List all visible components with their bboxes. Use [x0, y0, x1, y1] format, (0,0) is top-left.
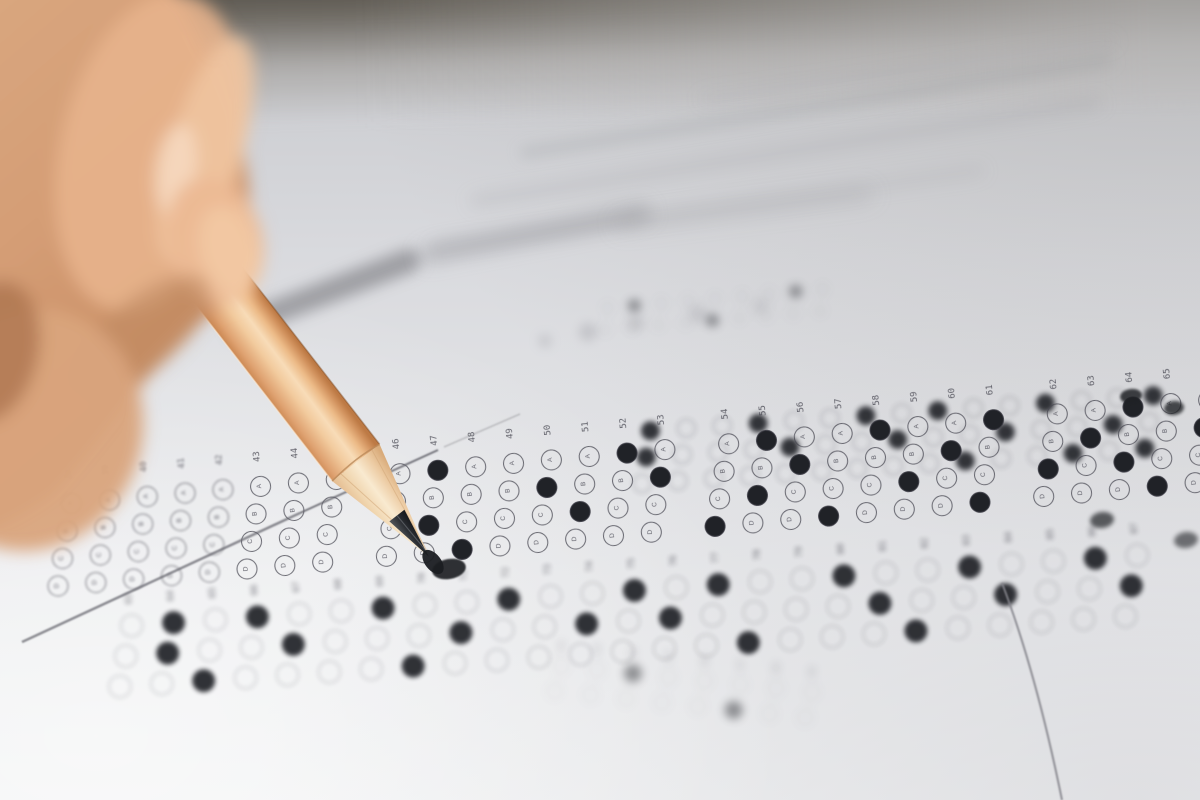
answer-bubble	[1071, 391, 1091, 411]
option-letter: D	[281, 563, 288, 568]
option-letter: A	[1054, 411, 1061, 416]
option-letter: C	[981, 472, 988, 477]
answer-bubble: A	[717, 432, 740, 455]
answer-bubble	[826, 594, 851, 619]
option-letter: B	[1125, 432, 1132, 437]
question-number: 82	[920, 537, 930, 548]
answer-bubble	[654, 296, 669, 311]
question-number: 68	[334, 578, 344, 589]
answer-bubble: A	[212, 478, 235, 501]
answer-bubble: A	[578, 445, 601, 468]
answer-bubble: A	[906, 415, 929, 438]
question-column: 86	[1082, 526, 1105, 528]
option-letter: D	[55, 583, 62, 588]
blurred-bubble-smudge	[579, 323, 597, 341]
option-letter: C	[135, 549, 142, 554]
filled-bubble	[1135, 438, 1155, 458]
filled-bubble: D	[704, 515, 727, 538]
answer-bubble: D	[640, 521, 663, 544]
option-letter: A	[397, 471, 404, 476]
answer-bubble: B	[498, 480, 521, 503]
filled-bubble	[788, 284, 803, 299]
option-letter: B	[101, 525, 108, 530]
option-letter: C	[830, 486, 837, 491]
answer-bubble	[580, 581, 605, 606]
option-letter: D	[92, 580, 99, 585]
answer-bubble: B	[713, 460, 736, 483]
penciled-mark	[1119, 388, 1143, 405]
answer-bubble: D	[1032, 485, 1055, 508]
answer-bubble: D	[526, 531, 549, 554]
exam-answer-sheet-photo: 38ABCD39ABCD40ABCD41ABCD42ABCD43ABCD44AB…	[0, 0, 1200, 800]
filled-bubble	[622, 578, 647, 603]
question-column	[640, 417, 659, 418]
blurred-bubble-smudge	[752, 298, 768, 314]
penciled-mark	[431, 556, 468, 582]
question-column	[748, 409, 767, 410]
question-column: 84	[998, 532, 1021, 534]
option-letter: A	[839, 431, 846, 436]
question-column: 73	[537, 564, 560, 566]
filled-bubble	[957, 555, 982, 580]
question-column: 64ABCD	[1119, 372, 1140, 374]
filled-bubble	[1143, 386, 1163, 406]
question-number: 78	[753, 549, 763, 560]
answer-bubble: B	[93, 516, 116, 539]
filled-bubble	[1083, 546, 1108, 571]
option-letter: D	[534, 540, 541, 545]
sheet-margin-line	[22, 513, 300, 642]
filled-bubble	[955, 451, 975, 471]
option-letter: B	[721, 469, 728, 474]
filled-bubble: D	[451, 538, 474, 561]
question-column: 65ABCD	[1157, 368, 1178, 370]
question-column: 78	[746, 549, 769, 551]
question-column: 87	[1124, 523, 1147, 525]
option-letter: C	[324, 532, 331, 537]
question-column	[1035, 389, 1054, 390]
question-column	[1107, 384, 1126, 385]
question-column: 87	[734, 659, 752, 661]
answer-bubble	[946, 616, 971, 641]
answer-bubble: C	[1188, 444, 1200, 467]
filled-bubble: B	[940, 439, 963, 462]
question-number: 89	[808, 666, 818, 678]
option-letter: C	[868, 482, 875, 487]
answer-bubble	[551, 656, 571, 676]
answer-bubble: D	[742, 512, 765, 535]
answer-bubble: A	[60, 492, 83, 515]
answer-bubble	[847, 458, 867, 478]
question-column: 85	[1040, 529, 1063, 531]
blurred-bubble-smudge	[538, 334, 552, 348]
answer-bubble	[910, 588, 935, 613]
answer-bubble	[359, 657, 384, 682]
answer-bubble: C	[380, 517, 403, 540]
filled-bubble	[191, 668, 216, 693]
question-number: 58	[872, 394, 882, 406]
answer-bubble: C	[860, 474, 883, 497]
question-column: 64	[160, 590, 183, 592]
answer-bubble: D	[893, 498, 916, 521]
answer-bubble	[959, 424, 979, 444]
question-column: 88	[770, 663, 788, 665]
question-number: 50	[543, 424, 553, 436]
answer-bubble	[759, 308, 774, 323]
question-column: 80	[830, 544, 853, 546]
answer-bubble	[883, 456, 903, 476]
question-number: 59	[910, 391, 920, 403]
filled-bubble: A	[755, 429, 778, 452]
answer-bubble	[587, 660, 607, 680]
filled-bubble: D	[817, 505, 840, 528]
answer-bubble: D	[160, 564, 183, 587]
answer-bubble	[672, 445, 692, 465]
filled-bubble	[904, 619, 929, 644]
question-column: 77	[705, 552, 728, 554]
question-column: 49ABCD	[500, 428, 521, 430]
question-number: 74	[585, 561, 595, 572]
answer-bubble: C	[1150, 447, 1173, 470]
question-number: 77	[711, 552, 721, 563]
filled-bubble	[401, 654, 426, 679]
answer-bubble	[1029, 610, 1054, 635]
answer-bubble: D	[311, 551, 334, 574]
filled-bubble: C	[1037, 458, 1060, 481]
question-column: 84	[627, 648, 645, 650]
answer-bubble: D	[1070, 482, 1093, 505]
option-letter: A	[1092, 408, 1099, 413]
question-number: 69	[376, 575, 386, 586]
answer-bubble	[527, 645, 552, 670]
option-letter: D	[863, 510, 870, 515]
answer-bubble: B	[864, 446, 887, 469]
question-number: 86	[1088, 526, 1098, 537]
filled-bubble	[868, 591, 893, 616]
option-letter: C	[652, 502, 659, 507]
question-number: 70	[418, 572, 428, 583]
filled-bubble	[736, 630, 761, 655]
answer-bubble: B	[245, 503, 268, 526]
question-number: 57	[834, 398, 844, 410]
blurred-bubble-smudge	[689, 305, 707, 323]
question-column	[708, 289, 721, 290]
question-column	[891, 399, 910, 400]
answer-bubble	[668, 471, 688, 491]
answer-bubble	[150, 671, 175, 696]
answer-bubble: D	[236, 558, 259, 581]
option-letter: A	[333, 477, 340, 482]
question-number: 83	[594, 643, 604, 655]
question-number: 71	[460, 570, 470, 581]
question-column: 42ABCD	[209, 454, 230, 456]
answer-bubble	[744, 439, 764, 459]
answer-bubble: D	[273, 554, 296, 577]
question-column	[676, 414, 695, 415]
question-column: 43ABCD	[247, 451, 268, 453]
option-letter: A	[182, 491, 189, 496]
filled-bubble	[281, 632, 306, 657]
answer-bubble: A	[1159, 392, 1182, 415]
question-number: 65	[208, 587, 218, 598]
answer-bubble	[915, 558, 940, 583]
answer-bubble: C	[240, 530, 263, 553]
question-column: 85	[662, 651, 680, 653]
option-letter: D	[319, 559, 326, 564]
option-letter: A	[725, 441, 732, 446]
answer-bubble	[652, 693, 672, 713]
filled-bubble: C	[417, 514, 440, 537]
answer-bubble: D	[198, 561, 221, 584]
filled-bubble	[832, 564, 857, 589]
question-number: 85	[665, 651, 675, 663]
answer-bubble	[732, 311, 747, 326]
answer-bubble	[443, 651, 468, 676]
question-number: 55	[758, 405, 768, 417]
option-letter: A	[257, 484, 264, 489]
option-letter: A	[144, 494, 151, 499]
answer-bubble: B	[611, 469, 634, 492]
filled-bubble	[371, 596, 396, 621]
option-letter: C	[97, 552, 104, 557]
question-number: 85	[1046, 529, 1056, 540]
option-letter: B	[619, 478, 626, 483]
option-letter: D	[421, 550, 428, 555]
filled-bubble: C	[569, 500, 592, 523]
question-column: 83	[956, 535, 979, 537]
question-column: 69	[369, 576, 392, 578]
question-number: 51	[581, 421, 591, 433]
option-letter: A	[68, 501, 75, 506]
option-letter: D	[648, 530, 655, 535]
answer-bubble: C	[203, 533, 226, 556]
answer-bubble: C	[531, 504, 554, 527]
filled-bubble	[1035, 393, 1055, 413]
answer-bubble	[275, 663, 300, 688]
question-number: 87	[737, 658, 747, 670]
question-column: 72	[495, 567, 518, 569]
answer-bubble: C	[316, 523, 339, 546]
option-letter: B	[506, 488, 513, 493]
answer-bubble	[624, 320, 639, 335]
answer-bubble: C	[784, 481, 807, 504]
question-number: 88	[773, 662, 783, 674]
answer-bubble	[776, 463, 796, 483]
answer-bubble: A	[944, 412, 967, 435]
question-column: 65	[202, 588, 225, 590]
option-letter: B	[986, 445, 993, 450]
answer-bubble	[766, 678, 786, 698]
penciled-mark	[1173, 530, 1199, 549]
answer-bubble: D	[602, 524, 625, 547]
answer-bubble: D	[931, 494, 954, 517]
answer-bubble	[1077, 576, 1102, 601]
question-number: 53	[657, 414, 667, 426]
option-letter: C	[286, 535, 293, 540]
answer-bubble	[813, 304, 828, 319]
answer-bubble	[664, 575, 689, 600]
question-number: 63	[124, 593, 134, 604]
question-number: 80	[837, 543, 847, 554]
filled-bubble	[780, 437, 800, 457]
question-column: 76	[663, 555, 686, 557]
option-letter: A	[472, 464, 479, 469]
answer-bubble	[651, 318, 666, 333]
option-letter: D	[206, 570, 213, 575]
answer-bubble	[742, 600, 767, 625]
answer-bubble	[712, 416, 732, 436]
sheet-margin-line	[300, 450, 438, 513]
answer-bubble: A	[174, 482, 197, 505]
answer-bubble	[987, 613, 1012, 638]
question-column: 71	[453, 570, 476, 572]
question-number: 54	[720, 408, 730, 420]
option-letter: B	[1163, 429, 1170, 434]
question-number: 65	[1163, 368, 1173, 380]
question-column: 59ABCD	[904, 391, 925, 393]
answer-bubble: C	[127, 540, 150, 563]
answer-bubble: B	[902, 443, 925, 466]
answer-bubble: A	[98, 489, 121, 512]
answer-bubble	[919, 453, 939, 473]
option-letter: A	[295, 481, 302, 486]
answer-bubble: B	[207, 506, 230, 529]
question-column: 82	[914, 538, 937, 540]
question-number: 72	[501, 567, 511, 578]
answer-bubble: B	[978, 436, 1001, 459]
answer-bubble	[197, 638, 222, 663]
filled-bubble: B	[649, 466, 672, 489]
answer-bubble	[790, 566, 815, 591]
answer-bubble: C	[51, 547, 74, 570]
question-number: 42	[215, 454, 225, 466]
answer-bubble	[1099, 441, 1119, 461]
answer-bubble: A	[287, 472, 310, 495]
question-number: 61	[985, 384, 995, 396]
question-column	[999, 392, 1018, 393]
question-column: 47ABCD	[424, 435, 445, 437]
option-letter: C	[210, 542, 217, 547]
answer-bubble: C	[278, 527, 301, 550]
question-column: 44ABCD	[285, 448, 306, 450]
question-number: 86	[701, 655, 711, 667]
answer-bubble: C	[165, 537, 188, 560]
option-letter: B	[468, 492, 475, 497]
answer-bubble: B	[169, 509, 192, 532]
option-letter: A	[510, 461, 517, 466]
answer-bubble: C	[1075, 454, 1098, 477]
option-letter: A	[220, 487, 227, 492]
answer-bubble	[108, 674, 133, 699]
answer-bubble: A	[325, 468, 348, 491]
answer-bubble	[815, 282, 830, 297]
answer-bubble	[1139, 412, 1159, 432]
option-letter: A	[661, 447, 668, 452]
answer-bubble: C	[455, 510, 478, 533]
option-letter: D	[787, 517, 794, 522]
option-letter: D	[168, 573, 175, 578]
question-number: 44	[290, 447, 300, 459]
pencil-shadow	[418, 202, 652, 265]
answer-bubble: B	[573, 473, 596, 496]
option-letter: B	[430, 495, 437, 500]
answer-bubble	[708, 291, 723, 306]
question-number: 47	[430, 435, 440, 447]
answer-bubble: A	[793, 426, 816, 449]
answer-bubble	[816, 434, 836, 454]
question-number: 39	[101, 464, 111, 476]
answer-bubble	[652, 636, 677, 661]
option-letter: D	[901, 507, 908, 512]
penciled-mark	[1163, 400, 1185, 417]
question-column: 63	[118, 593, 141, 595]
answer-bubble	[233, 666, 258, 691]
answer-bubble	[1113, 604, 1138, 629]
answer-bubble: C	[708, 487, 731, 510]
answer-bubble: C	[89, 544, 112, 567]
option-letter: D	[1040, 494, 1047, 499]
option-letter: D	[1078, 490, 1085, 495]
question-number: 49	[505, 428, 515, 440]
question-column	[761, 285, 774, 286]
question-column: 40ABCD	[134, 461, 155, 463]
answer-bubble	[874, 561, 899, 586]
answer-bubble	[676, 418, 696, 438]
option-letter: D	[610, 533, 617, 538]
question-number: 84	[1004, 531, 1014, 542]
answer-bubble: C	[607, 497, 630, 520]
question-column	[927, 397, 946, 398]
penciled-mark	[1089, 510, 1115, 529]
answer-bubble: C	[493, 507, 516, 530]
answer-bubble	[700, 603, 725, 628]
question-column: 45ABCD	[323, 444, 344, 446]
question-column: 81	[872, 541, 895, 543]
filled-bubble: C	[746, 484, 769, 507]
answer-bubble: A	[831, 422, 854, 445]
filled-bubble	[928, 401, 948, 421]
question-number: 40	[139, 461, 149, 473]
answer-bubble	[600, 301, 615, 316]
question-column: 51ABCD	[576, 421, 597, 423]
question-column	[600, 299, 613, 300]
answer-bubble	[1027, 446, 1047, 466]
answer-bubble	[455, 590, 480, 615]
question-number: 73	[543, 564, 553, 575]
question-column: 61ABCD	[980, 384, 1001, 386]
option-letter: C	[1083, 463, 1090, 468]
answer-bubble	[287, 602, 312, 627]
answer-bubble: A	[654, 438, 677, 461]
answer-bubble	[491, 617, 516, 642]
answer-bubble: D	[413, 541, 436, 564]
answer-bubble	[820, 625, 845, 650]
answer-bubble: A	[464, 455, 487, 478]
table-surface-fade	[0, 0, 1200, 132]
option-letter: C	[539, 512, 546, 517]
option-letter: B	[290, 508, 297, 513]
answer-bubble: C	[644, 493, 667, 516]
sheet-edge-curve	[1002, 583, 1062, 800]
option-letter: B	[328, 505, 335, 510]
answer-bubble	[1067, 417, 1087, 437]
filled-bubble	[995, 422, 1015, 442]
answer-bubble	[616, 689, 636, 709]
question-column	[855, 402, 874, 403]
answer-bubble: B	[384, 490, 407, 513]
question-number: 64	[166, 590, 176, 601]
option-letter: B	[392, 499, 399, 504]
